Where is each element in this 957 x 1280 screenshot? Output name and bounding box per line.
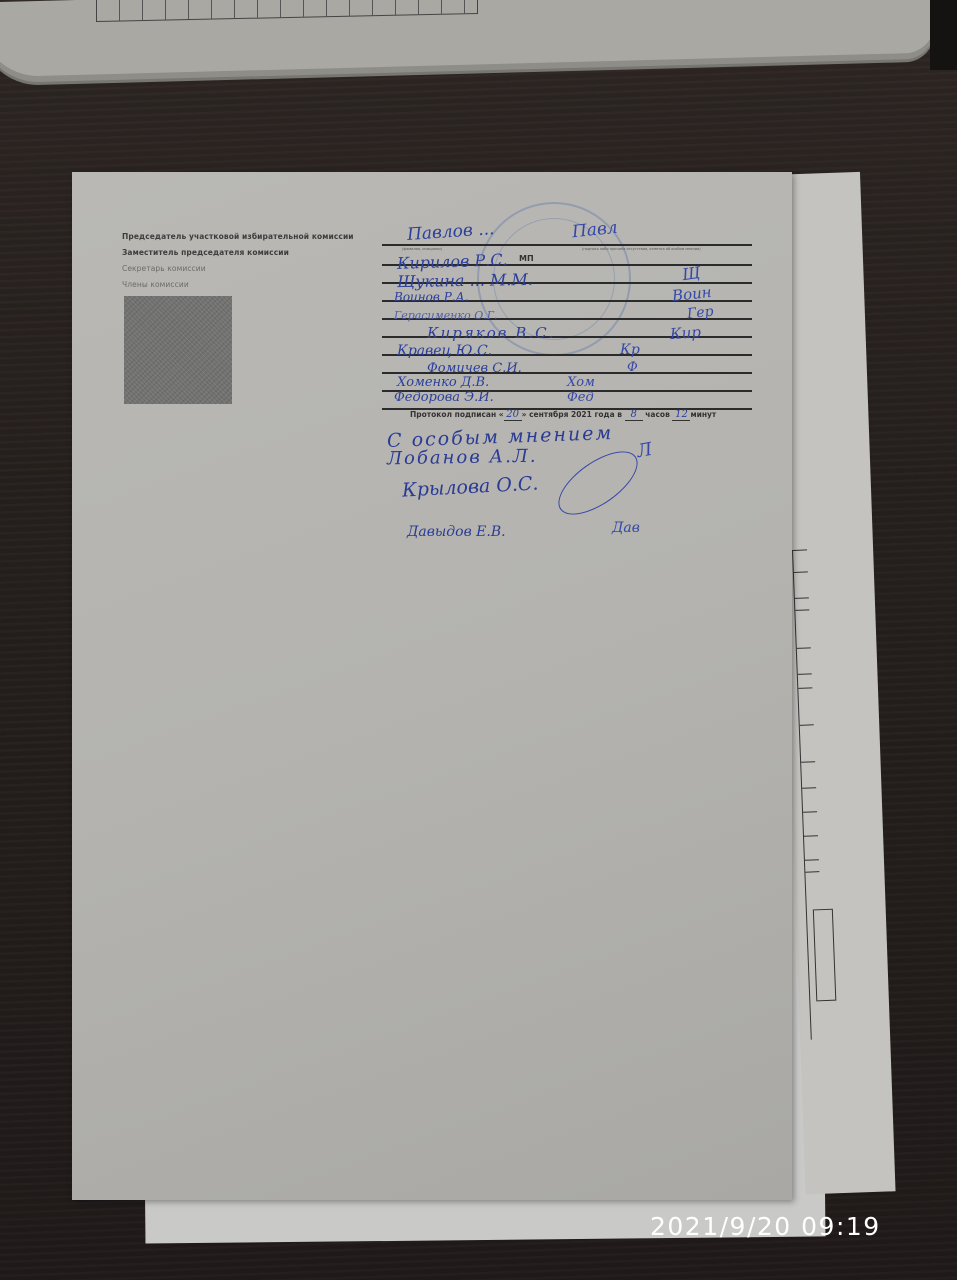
signed-hour: 8 bbox=[625, 409, 643, 421]
role-deputy-chairman: Заместитель председателя комиссии bbox=[122, 248, 382, 257]
signer-signature: Гер bbox=[686, 304, 714, 323]
caption-signature: (подпись либо причина отсутствия, отметк… bbox=[582, 247, 702, 252]
protocol-page: Председатель участковой избирательной ко… bbox=[72, 172, 792, 1200]
additional-signer: Давыдов Е.В. bbox=[407, 524, 506, 540]
stamp-label: МП bbox=[519, 254, 534, 263]
signer-signature: Ф bbox=[627, 360, 638, 375]
commission-roles: Председатель участковой избирательной ко… bbox=[122, 232, 382, 296]
protocol-signed-line: Протокол подписан «20» сентября 2021 год… bbox=[410, 409, 716, 421]
signer-signature: Хом bbox=[567, 375, 595, 390]
signer-name: Киряков В.С. bbox=[427, 324, 555, 342]
qr-code bbox=[124, 296, 232, 404]
signed-day: 20 bbox=[504, 409, 522, 421]
signer-name: Воинов Р.А. bbox=[394, 290, 469, 304]
signer-signature: Воин bbox=[671, 283, 712, 305]
role-secretary: Секретарь комиссии bbox=[122, 264, 382, 273]
signer-name: Щукина ... М.М. bbox=[397, 270, 533, 291]
signer-signature: Фед bbox=[567, 390, 594, 405]
additional-signature bbox=[548, 439, 647, 526]
dissent-signature: Л bbox=[635, 439, 653, 462]
signed-minute: 12 bbox=[672, 409, 690, 421]
signer-name: Федорова Э.И. bbox=[394, 390, 494, 405]
signer-name: Кравец Ю.С. bbox=[397, 343, 492, 359]
signer-name: Герасименко О.Г. bbox=[394, 309, 498, 322]
signer-name: Фомичев С.И. bbox=[427, 361, 522, 376]
caption-name: (фамилия, инициалы) bbox=[402, 247, 442, 251]
signer-signature: Кир bbox=[669, 323, 701, 343]
signer-signature: Кр bbox=[620, 342, 640, 358]
signer-name: Кирилов Р.С. bbox=[397, 250, 508, 273]
binder-edge bbox=[930, 0, 957, 70]
role-members: Члены комиссии bbox=[122, 280, 382, 289]
photo-timestamp: 2021/9/20 09:19 bbox=[650, 1212, 881, 1241]
additional-signer: Крылова О.С. bbox=[402, 472, 539, 501]
additional-signature: Дав bbox=[612, 520, 640, 536]
dissent-name: Лобанов А.Л. bbox=[387, 446, 538, 470]
role-chairman: Председатель участковой избирательной ко… bbox=[122, 232, 382, 241]
signer-name: Хоменко Д.В. bbox=[397, 375, 489, 390]
signer-signature: Щ bbox=[681, 263, 702, 284]
signer-name: Павлов ... bbox=[406, 219, 495, 245]
